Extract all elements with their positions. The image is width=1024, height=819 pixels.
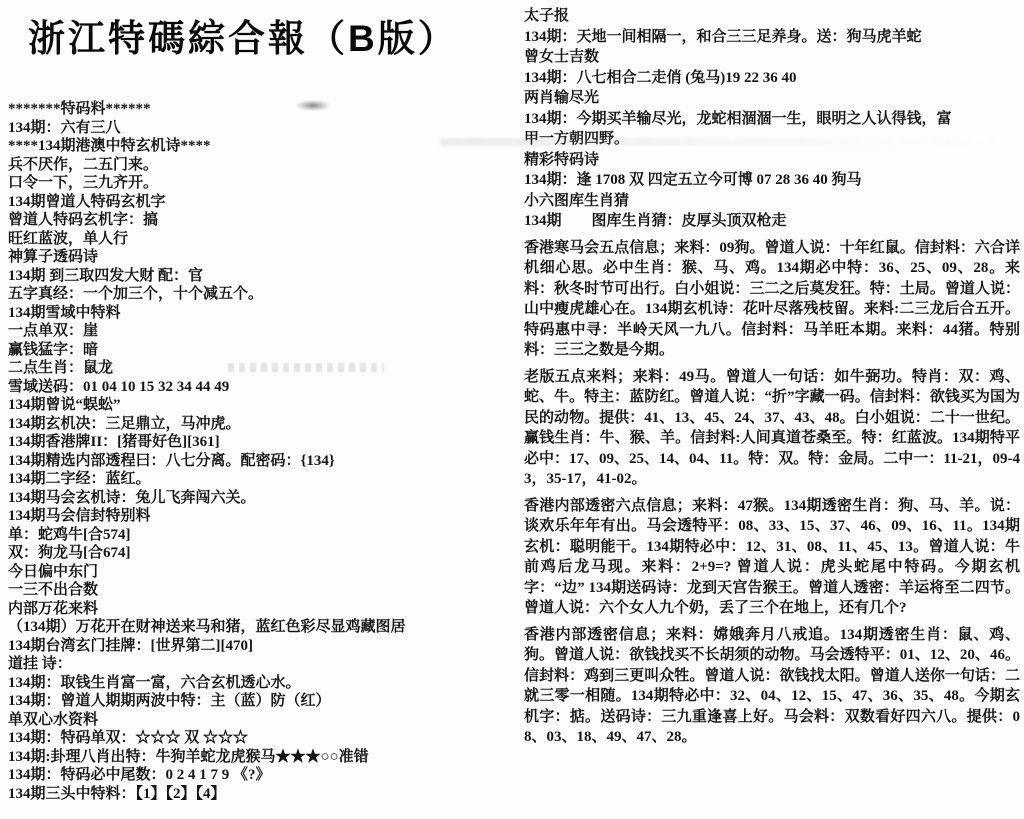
text-line: 134期香港牌II：[猪哥好色][361] <box>8 433 514 452</box>
text-line: 134期台湾玄门挂牌：[世界第二][470] <box>8 637 514 656</box>
text-line: 134期曾说“蜈蚣” <box>8 396 514 415</box>
text-line: 134期：特码必中尾数：0 2 4 1 7 9 《?》 <box>8 766 514 785</box>
text-line: 雪域送码：01 04 10 15 32 34 44 49 <box>8 378 514 397</box>
text-line: 134期 图库生肖猜：皮厚头顶双枪走 <box>524 211 1020 232</box>
text-line: （134期）万花开在财神送来马和猪，蓝红色彩尽显鸡藏图居 <box>8 618 514 637</box>
text-line: 赢钱猛字：暗 <box>8 341 514 360</box>
text-line: ****134期港澳中特玄机诗**** <box>8 137 514 156</box>
text-line: 精彩特码诗 <box>524 150 1020 171</box>
text-line: 内部万花来料 <box>8 600 514 619</box>
text-line: 一点单双：崖 <box>8 322 514 341</box>
right-column: 太子报134期：天地一间相隔一，和合三三足养身。送：狗马虎羊蛇曾女士吉数134期… <box>524 6 1020 748</box>
text-line: 曾女士吉数 <box>524 47 1020 68</box>
text-line: 134期曾道人特码玄机字 <box>8 193 514 212</box>
paragraph: 香港内部透密六点信息；来料：47猴。134期透密生肖：狗、马、羊。说：谈欢乐年年… <box>524 496 1020 619</box>
text-line: 一三不出合数 <box>8 581 514 600</box>
paragraph: 香港寒马会五点信息；来料：09狗。曾道人说：十年红鼠。信封料：六合详机细心思。必… <box>524 238 1020 361</box>
text-line: 134期：逢 1708 双 四定五立今可博 07 28 36 40 狗马 <box>524 170 1020 191</box>
text-line: 旺红蓝波，单人行 <box>8 230 514 249</box>
text-line: 道挂 诗： <box>8 655 514 674</box>
page-title: 浙江特碼綜合報（B版） <box>28 8 458 62</box>
left-column: *******特码料******134期：六有三八****134期港澳中特玄机诗… <box>8 100 514 803</box>
text-line: 134期雪域中特料 <box>8 304 514 323</box>
text-line: 单双心水资料 <box>8 711 514 730</box>
text-line: 134期三头中特料：【1】【2】【4】 <box>8 785 514 804</box>
text-line: 134期：特码单双：☆☆☆ 双 ☆☆☆ <box>8 729 514 748</box>
text-line: 134期马会玄机诗：兔儿飞奔闯六关。 <box>8 489 514 508</box>
right-column-header: 太子报134期：天地一间相隔一，和合三三足养身。送：狗马虎羊蛇曾女士吉数134期… <box>524 6 1020 232</box>
text-line: 双：狗龙马[合674] <box>8 544 514 563</box>
text-line: 134期：取钱生肖富一富，六合玄机透心水。 <box>8 674 514 693</box>
text-line: 甲一方朝四野。 <box>524 129 1020 150</box>
text-line: 小六图库生肖猜 <box>524 191 1020 212</box>
text-line: 兵不厌作，二五门来。 <box>8 156 514 175</box>
text-line: 134期：六有三八 <box>8 119 514 138</box>
text-line: 五字真经：一个加三个，十个减五个。 <box>8 285 514 304</box>
text-line: 134期:卦理八肖出特：牛狗羊蛇龙虎猴马★★★○○准错 <box>8 748 514 767</box>
text-line: 单：蛇鸡牛[合574] <box>8 526 514 545</box>
text-line: 两肖输尽光 <box>524 88 1020 109</box>
text-line: 二点生肖：鼠龙 <box>8 359 514 378</box>
text-line: *******特码料****** <box>8 100 514 119</box>
text-line: 134期：曾道人期期两波中特：主（蓝）防（红） <box>8 692 514 711</box>
text-line: 134期 到三取四发大财 配：官 <box>8 267 514 286</box>
text-line: 134期精选内部透程曰：八七分离。配密码：{134} <box>8 452 514 471</box>
paragraph: 老版五点来料；来料：49马。曾道人一句话：如牛弼功。特肖：双：鸡、蛇、牛。特主：… <box>524 367 1020 490</box>
right-column-paragraphs: 香港寒马会五点信息；来料：09狗。曾道人说：十年红鼠。信封料：六合详机细心思。必… <box>524 238 1020 748</box>
text-line: 134期二字经：蓝红。 <box>8 470 514 489</box>
text-line: 口令一下，三九齐开。 <box>8 174 514 193</box>
text-line: 134期：八七相合二走俏 (兔马)19 22 36 40 <box>524 68 1020 89</box>
text-line: 太子报 <box>524 6 1020 27</box>
text-line: 134期玄机决：三足鼎立，马冲虎。 <box>8 415 514 434</box>
text-line: 134期：今期买羊输尽光，龙蛇相涸涸一生，眼明之人认得钱，富 <box>524 109 1020 130</box>
text-line: 今日偏中东门 <box>8 563 514 582</box>
text-line: 曾道人特码玄机字：搞 <box>8 211 514 230</box>
scanned-lottery-sheet: 浙江特碼綜合報（B版） *******特码料******134期：六有三八***… <box>0 0 1024 819</box>
text-line: 神算子透码诗 <box>8 248 514 267</box>
text-line: 134期：天地一间相隔一，和合三三足养身。送：狗马虎羊蛇 <box>524 27 1020 48</box>
text-line: 134期马会信封特别料 <box>8 507 514 526</box>
paragraph: 香港内部透密信息；来料：嫦娥奔月八戒追。134期透密生肖：鼠、鸡、狗。曾道人说：… <box>524 625 1020 748</box>
